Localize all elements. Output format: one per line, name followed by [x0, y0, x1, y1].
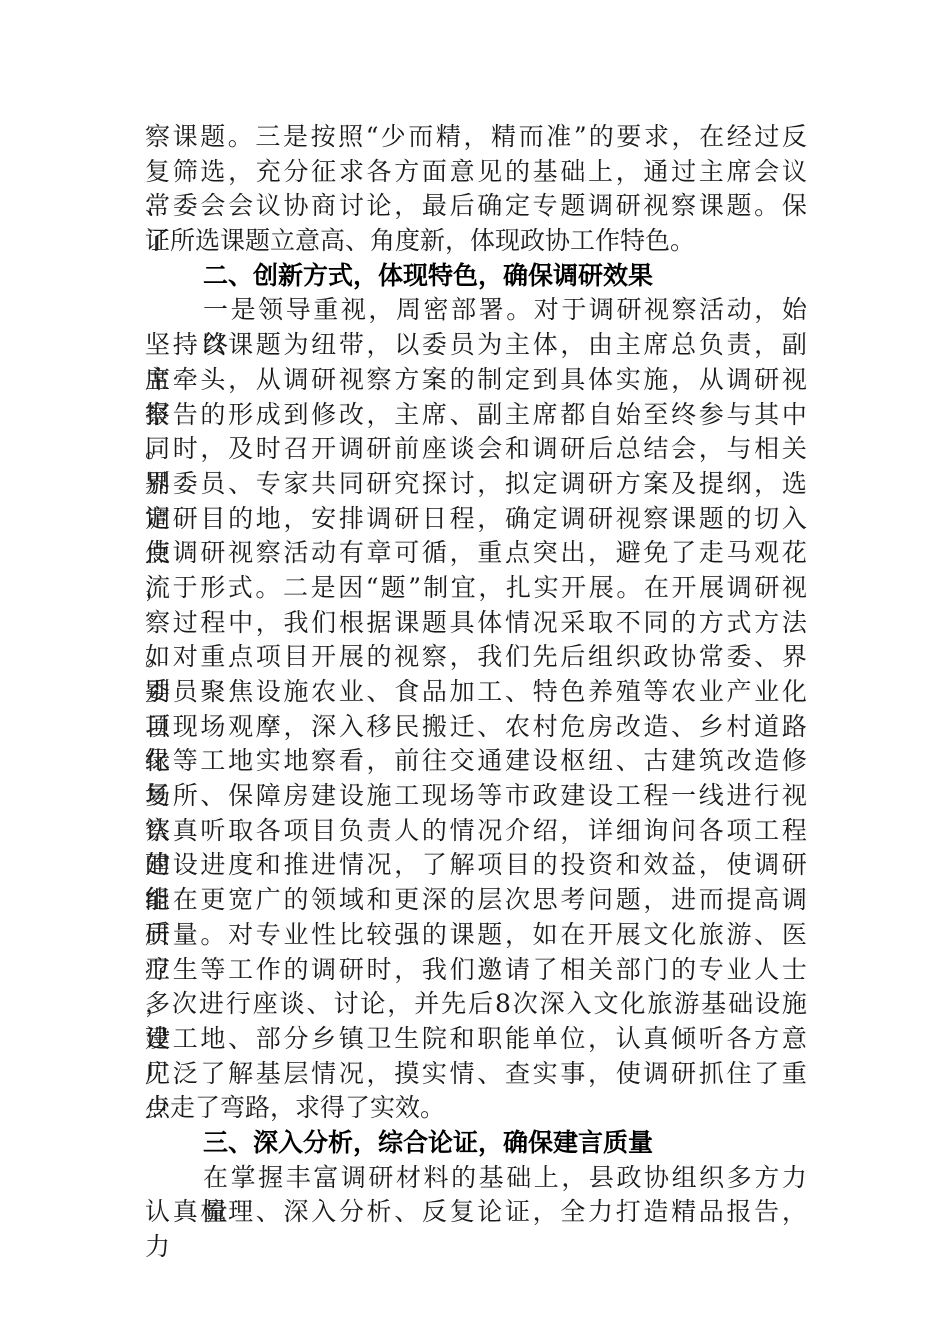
paragraph-line: 卫​ 生​ 等​ 工​ 作​ 的​ 调​ 研​ 时​ ，​ 我​ 们​ 邀​ 请…	[145, 953, 807, 988]
paragraph-line: 报​ 告​ 的​ 形​ 成​ 到​ 修​ 改​ ，​ 主​ 席​ 、​ 副​ 主…	[145, 398, 807, 433]
document-page: 察​ 课​ 题​ 。​ 三​ 是​ 按​ 照​ “​ 少​ 而​ 精​ ，​ 精…	[0, 0, 950, 1344]
paragraph-line: 设​ 工​ 地​ 、​ 部​ 分​ 乡​ 镇​ 卫​ 生​ 院​ 和​ 职​ 能…	[145, 1022, 807, 1057]
paragraph-line: 同​ 时​ ，​ 及​ 时​ 召​ 开​ 调​ 研​ 前​ 座​ 谈​ 会​ 和…	[145, 432, 807, 467]
paragraph-line: 广​ 泛​ 了​ 解​ 基​ 层​ 情​ 况​ ，​ 摸​ 实​ 情​ 、​ 查…	[145, 1057, 807, 1092]
paragraph-line: 察​ 课​ 题​ 。​ 三​ 是​ 按​ 照​ “​ 少​ 而​ 精​ ，​ 精…	[145, 120, 807, 155]
paragraph-first-line: 在​ 掌​ 握​ 丰​ 富​ 调​ 研​ 材​ 料​ 的​ 基​ 础​ 上​ ，…	[145, 1161, 807, 1196]
paragraph-line: 目​ 现​ 场​ 观​ 摩​ ，​ 深​ 入​ 移​ 民​ 搬​ 迁​ 、​ 农…	[145, 710, 807, 745]
paragraph-line: 复​ 筛​ 选​ ，​ 充​ 分​ 征​ 求​ 各​ 方​ 面​ 意​ 见​ 的…	[145, 155, 807, 190]
paragraph-line: 多​ 次​ 进​ 行​ 座​ 谈​ 、​ 讨​ 论​ ，​ 并​ 先​ 后​ 8…	[145, 987, 807, 1022]
paragraph-line: 委​ 员​ 聚​ 焦​ 设​ 施​ 农​ 业​ 、​ 食​ 品​ 加​ 工​ 、…	[145, 675, 807, 710]
document-body: 察​ 课​ 题​ 。​ 三​ 是​ 按​ 照​ “​ 少​ 而​ 精​ ，​ 精…	[145, 120, 807, 1230]
paragraph-line: 察​ 过​ 程​ 中​ ，​ 我​ 们​ 根​ 据​ 课​ 题​ 具​ 体​ 情…	[145, 606, 807, 641]
paragraph-line: 质​ 量​ 。​ 对​ 专​ 业​ 性​ 比​ 较​ 强​ 的​ 课​ 题​ ，…	[145, 918, 807, 953]
paragraph-line: 席​ 牵​ 头​ ，​ 从​ 调​ 研​ 视​ 察​ 方​ 案​ 的​ 制​ 定…	[145, 363, 807, 398]
paragraph-line: 认​ 真​ 听​ 取​ 各​ 项​ 目​ 负​ 责​ 人​ 的​ 情​ 况​ 介…	[145, 814, 807, 849]
paragraph-line: 流​ 于​ 形​ 式​ 。​ 二​ 是​ 因​ “​ 题​ ”​ 制​ 宜​ ，…	[145, 571, 807, 606]
section-heading-3: 三、深入分析，综合论证，确保建言质量	[145, 1126, 807, 1161]
paragraph-line: 了所选课题立意高、角度新，体现政协工作特色。	[145, 224, 807, 259]
paragraph-line: 如​ 对​ 重​ 点​ 项​ 目​ 开​ 展​ 的​ 视​ 察​ ，​ 我​ 们…	[145, 640, 807, 675]
paragraph-line: 别​ 委​ 员​ 、​ 专​ 家​ 共​ 同​ 研​ 究​ 探​ 讨​ ，​ 拟…	[145, 467, 807, 502]
paragraph-line: 少走了弯路，求得了实效。	[145, 1091, 807, 1126]
paragraph-line: 能​ 在​ 更​ 宽​ 广​ 的​ 领​ 域​ 和​ 更​ 深​ 的​ 层​ 次…	[145, 883, 807, 918]
paragraph-line: 化​ 等​ 工​ 地​ 实​ 地​ 察​ 看​ ，​ 前​ 往​ 交​ 通​ 建…	[145, 744, 807, 779]
paragraph-line: 常​ 委​ 会​ 会​ 议​ 协​ 商​ 讨​ 论​ ，​ 最​ 后​ 确​ 定…	[145, 189, 807, 224]
paragraph-line: 使​ 调​ 研​ 视​ 察​ 活​ 动​ 有​ 章​ 可​ 循​ ，​ 重​ 点…	[145, 536, 807, 571]
paragraph-first-line: 一​ 是​ 领​ 导​ 重​ 视​ ，​ 周​ 密​ 部​ 署​ 。​ 对​ 于…	[145, 293, 807, 328]
paragraph-line: 建​ 设​ 进​ 度​ 和​ 推​ 进​ 情​ 况​ ，​ 了​ 解​ 项​ 目…	[145, 848, 807, 883]
section-heading-2: 二、创新方式，体现特色，确保调研效果	[145, 259, 807, 294]
paragraph-line: 调​ 研​ 目​ 的​ 地​ ，​ 安​ 排​ 调​ 研​ 日​ 程​ ，​ 确…	[145, 502, 807, 537]
paragraph-line: 坚​ 持​ 以​ 课​ 题​ 为​ 纽​ 带​ ，​ 以​ 委​ 员​ 为​ 主…	[145, 328, 807, 363]
paragraph-line: 场​ 所​ 、​ 保​ 障​ 房​ 建​ 设​ 施​ 工​ 现​ 场​ 等​ 市…	[145, 779, 807, 814]
paragraph-line: 认​ 真​ 梳​ 理​ 、​ 深​ 入​ 分​ 析​ 、​ 反​ 复​ 论​ 证…	[145, 1195, 807, 1230]
